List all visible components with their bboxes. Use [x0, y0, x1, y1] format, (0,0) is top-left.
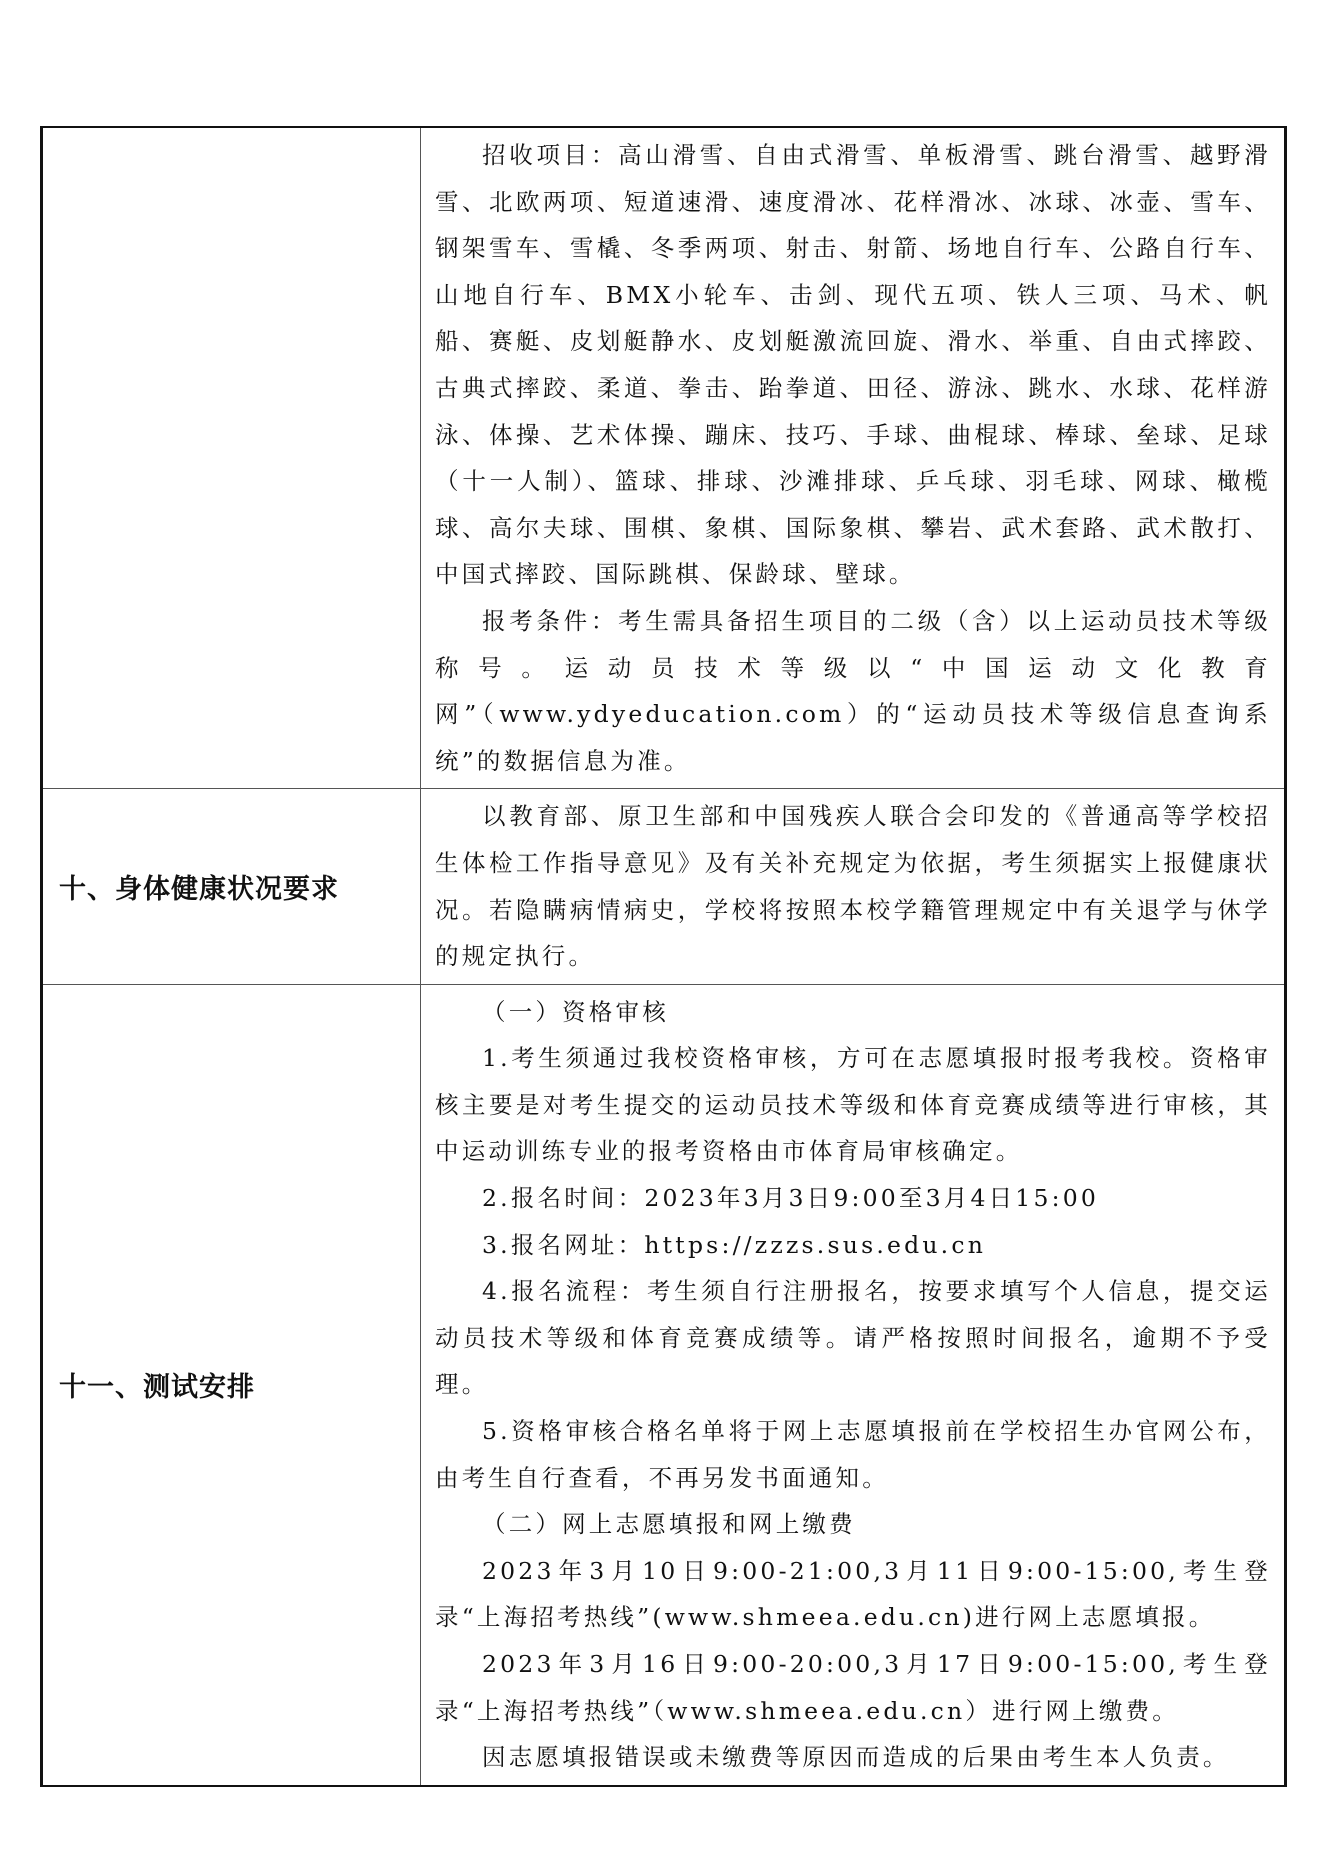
online-application-paragraph: 2023年3月10日9:00-21:00,3月11日9:00-15:00,考生登…: [435, 1548, 1271, 1641]
application-conditions-paragraph: 报考条件：考生需具备招生项目的二级（含）以上运动员技术等级称号。运动员技术等级以…: [435, 598, 1271, 784]
qualification-item-5-result-announcement: 5.资格审核合格名单将于网上志愿填报前在学校招生办官网公布，由考生自行查看，不再…: [435, 1408, 1271, 1501]
admission-info-table: 招收项目：高山滑雪、自由式滑雪、单板滑雪、跳台滑雪、越野滑雪、北欧两项、短道速滑…: [40, 126, 1287, 1787]
section-heading-online-application-payment: （二）网上志愿填报和网上缴费: [435, 1501, 1271, 1548]
responsibility-notice-paragraph: 因志愿填报错误或未缴费等原因而造成的后果由考生本人负责。: [435, 1734, 1271, 1781]
qualification-item-3-registration-url: 3.报名网址：https://zzzs.sus.edu.cn: [435, 1222, 1271, 1269]
row-content-health-requirements: 以教育部、原卫生部和中国残疾人联合会印发的《普通高等学校招生体检工作指导意见》及…: [421, 789, 1286, 984]
document-page: 招收项目：高山滑雪、自由式滑雪、单板滑雪、跳台滑雪、越野滑雪、北欧两项、短道速滑…: [0, 0, 1323, 1871]
row-content-test-arrangement: （一）资格审核 1.考生须通过我校资格审核，方可在志愿填报时报考我校。资格审核主…: [421, 984, 1286, 1786]
recruitment-items-paragraph: 招收项目：高山滑雪、自由式滑雪、单板滑雪、跳台滑雪、越野滑雪、北欧两项、短道速滑…: [435, 132, 1271, 598]
row-label-test-arrangement: 十一、测试安排: [42, 984, 421, 1786]
health-requirements-paragraph: 以教育部、原卫生部和中国残疾人联合会印发的《普通高等学校招生体检工作指导意见》及…: [435, 793, 1271, 979]
table-row-test-arrangement: 十一、测试安排 （一）资格审核 1.考生须通过我校资格审核，方可在志愿填报时报考…: [42, 984, 1286, 1786]
qualification-item-1: 1.考生须通过我校资格审核，方可在志愿填报时报考我校。资格审核主要是对考生提交的…: [435, 1035, 1271, 1175]
section-heading-qualification-review: （一）资格审核: [435, 989, 1271, 1036]
row-label-health-requirements: 十、身体健康状况要求: [42, 789, 421, 984]
qualification-item-2-registration-time: 2.报名时间：2023年3月3日9:00至3月4日15:00: [435, 1175, 1271, 1222]
qualification-item-4-registration-process: 4.报名流程：考生须自行注册报名，按要求填写个人信息，提交运动员技术等级和体育竞…: [435, 1268, 1271, 1408]
row-label-empty: [42, 127, 421, 789]
online-payment-paragraph: 2023年3月16日9:00-20:00,3月17日9:00-15:00,考生登…: [435, 1641, 1271, 1734]
table-row-sports-items: 招收项目：高山滑雪、自由式滑雪、单板滑雪、跳台滑雪、越野滑雪、北欧两项、短道速滑…: [42, 127, 1286, 789]
row-content-sports-items: 招收项目：高山滑雪、自由式滑雪、单板滑雪、跳台滑雪、越野滑雪、北欧两项、短道速滑…: [421, 127, 1286, 789]
table-row-health-requirements: 十、身体健康状况要求 以教育部、原卫生部和中国残疾人联合会印发的《普通高等学校招…: [42, 789, 1286, 984]
